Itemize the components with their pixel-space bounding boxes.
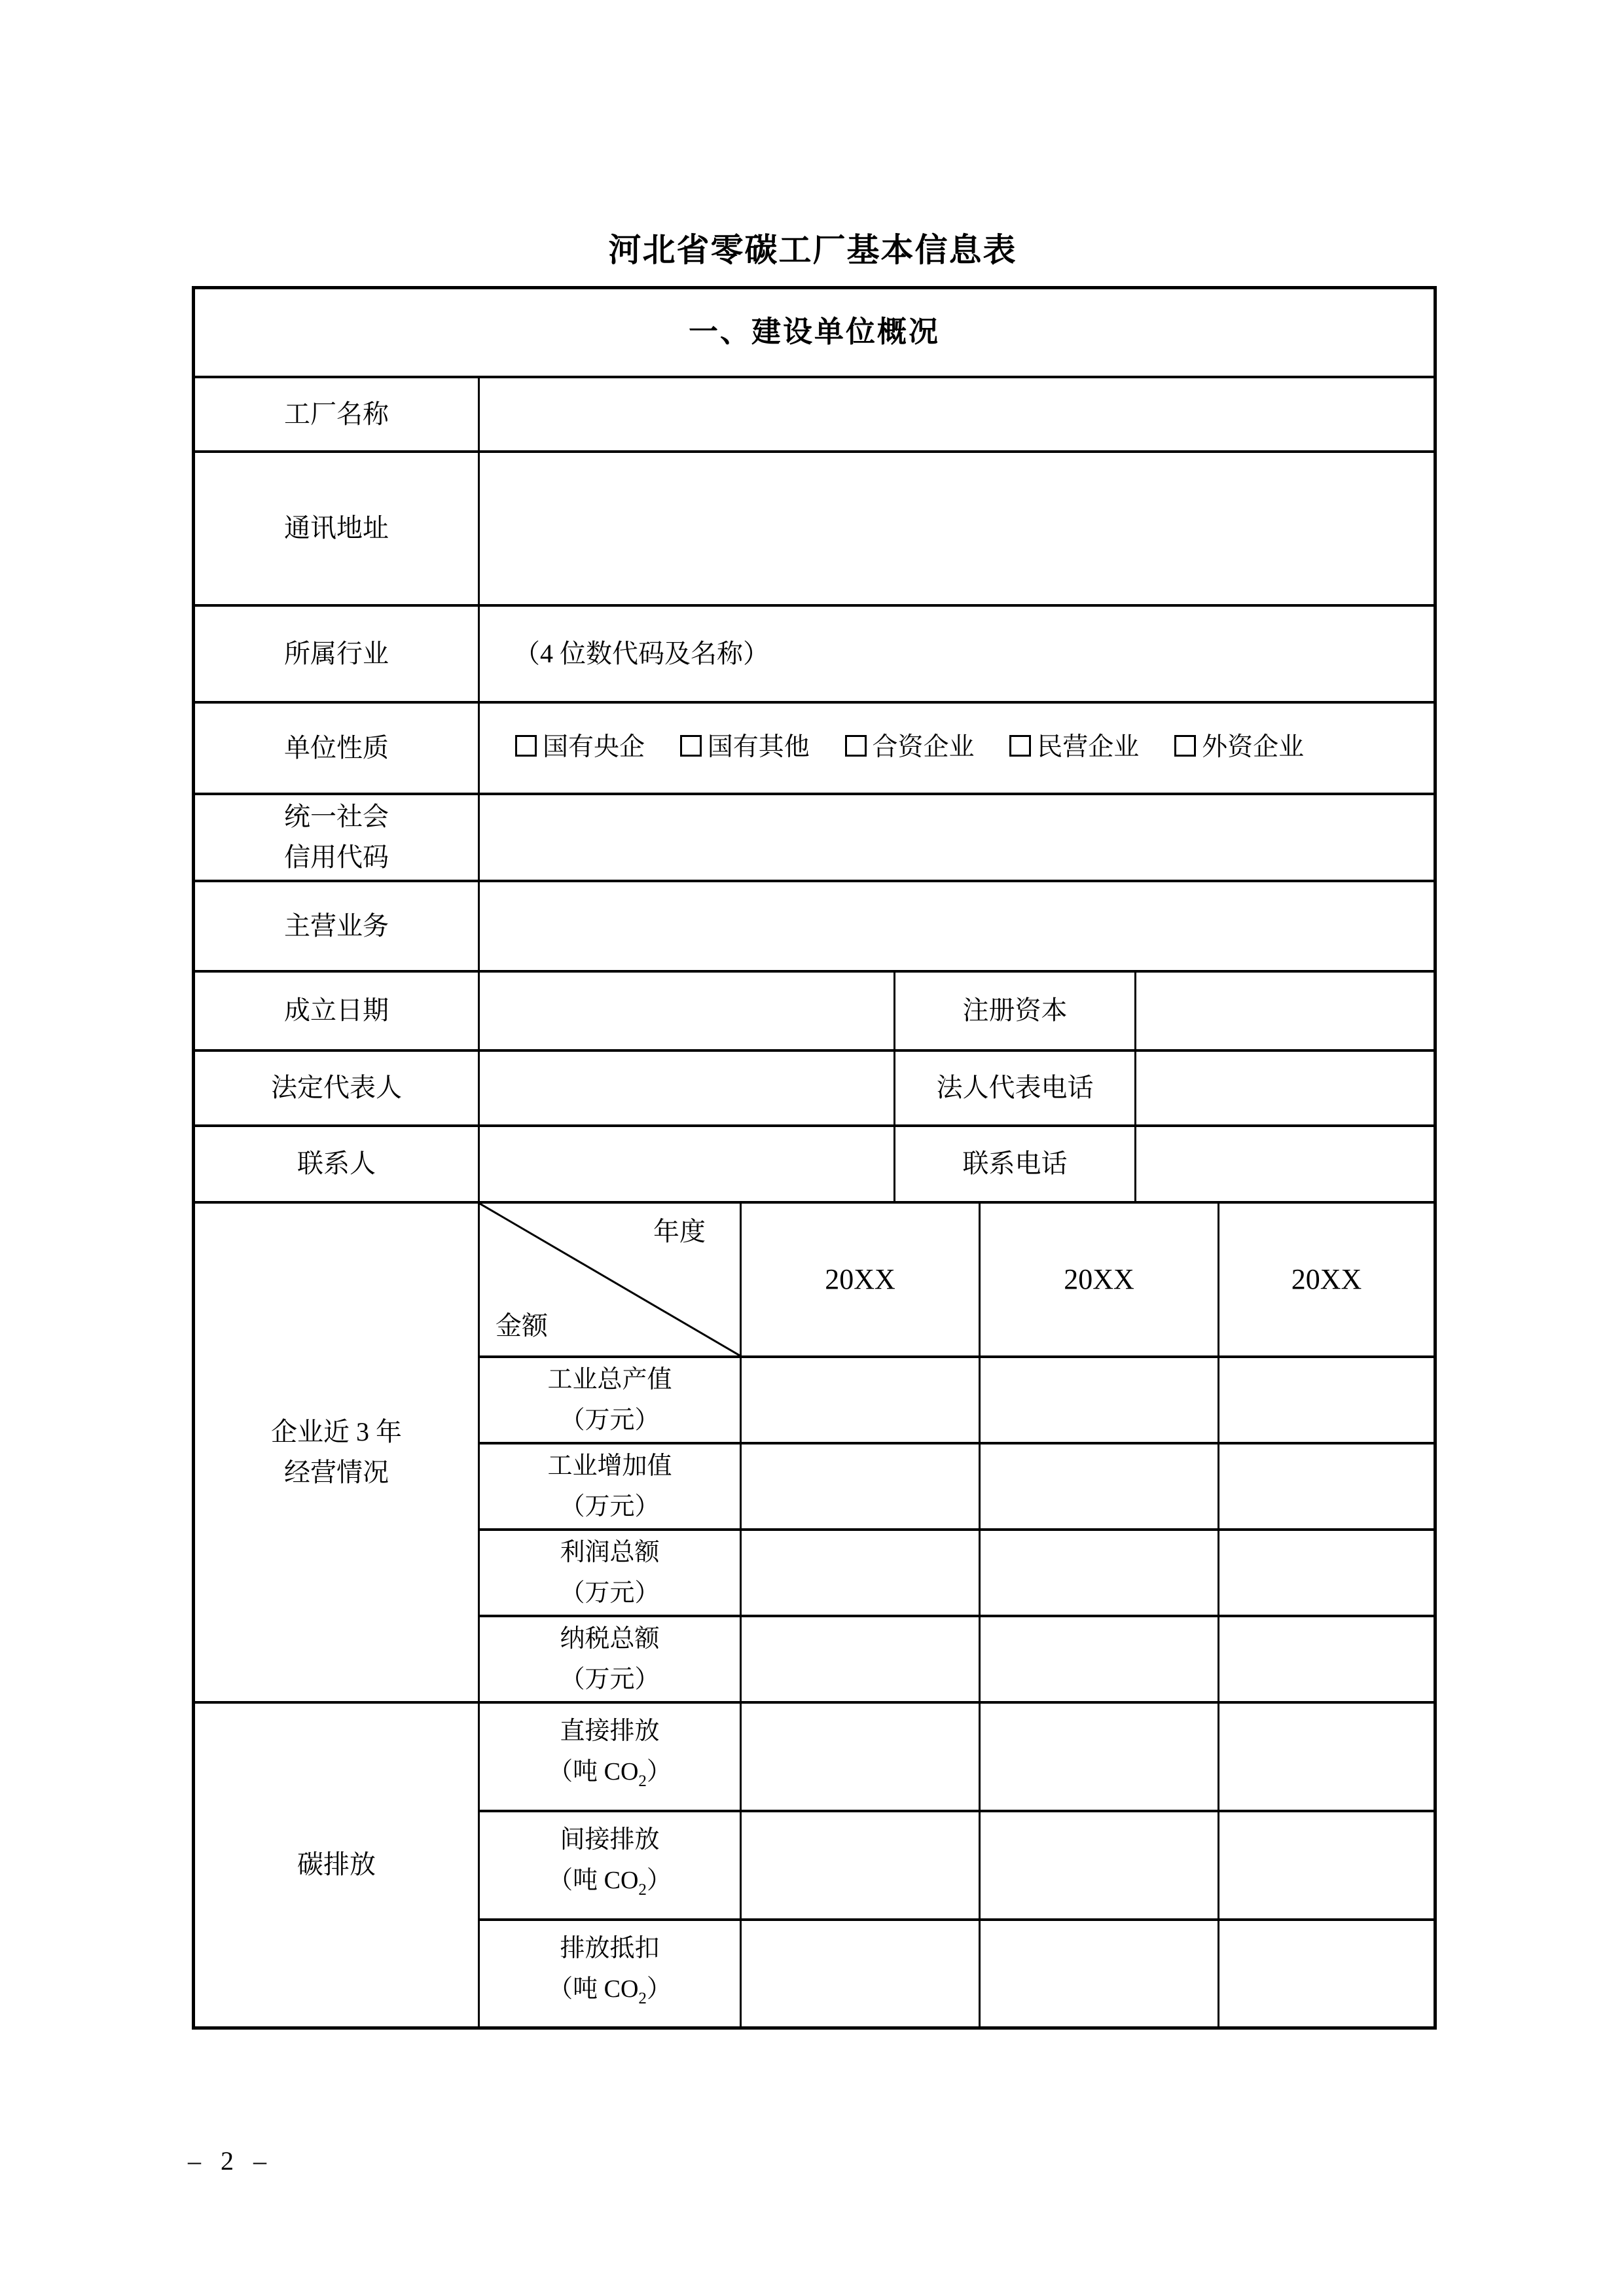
table-row-address: 通讯地址 [194, 452, 1435, 605]
table-row-factory-name: 工厂名称 [194, 377, 1435, 452]
sub-label-line1: 工业增加值 [480, 1446, 740, 1486]
sub-label-line1: 纳税总额 [480, 1619, 740, 1659]
label-total-tax: 纳税总额 （万元） [479, 1616, 741, 1702]
data-cell-added-y2[interactable] [980, 1443, 1219, 1530]
checkbox-option-soe-other[interactable]: 国有其他 [680, 730, 810, 765]
data-cell-offset-y3[interactable] [1219, 1920, 1435, 2028]
sub-label-line2: （万元） [480, 1573, 740, 1613]
basic-info-table: 一、建设单位概况 工厂名称 通讯地址 所属行业 （4 位数代码及名称） 单位性质… [192, 286, 1437, 2030]
unit-nature-options: 国有央企 国有其他 合资企业 民营企业 外资企业 [479, 702, 1435, 794]
data-cell-output-y1[interactable] [741, 1357, 980, 1443]
year-column-header-2: 20XX [980, 1202, 1219, 1357]
data-cell-profit-y1[interactable] [741, 1530, 980, 1616]
label-unit-nature: 单位性质 [194, 702, 479, 794]
year-column-header-3: 20XX [1219, 1202, 1435, 1357]
data-cell-direct-y2[interactable] [980, 1702, 1219, 1811]
value-registered-capital[interactable] [1136, 971, 1435, 1050]
sub-label-line2: （万元） [480, 1400, 740, 1441]
label-credit-code-line2: 信用代码 [195, 837, 478, 878]
data-cell-direct-y1[interactable] [741, 1702, 980, 1811]
value-contact-phone[interactable] [1136, 1126, 1435, 1202]
label-direct-emission: 直接排放 （吨 CO2） [479, 1702, 741, 1811]
data-cell-tax-y1[interactable] [741, 1616, 980, 1702]
value-legal-rep-phone[interactable] [1136, 1050, 1435, 1126]
checkbox-icon[interactable] [1174, 735, 1196, 757]
checkbox-label: 国有其他 [708, 733, 810, 761]
label-main-business: 主营业务 [194, 881, 479, 971]
table-row-main-business: 主营业务 [194, 881, 1435, 971]
sub-label-line2: （万元） [480, 1659, 740, 1700]
diagonal-label-year: 年度 [653, 1214, 706, 1249]
data-cell-tax-y2[interactable] [980, 1616, 1219, 1702]
label-credit-code-line1: 统一社会 [195, 797, 478, 837]
data-cell-added-y1[interactable] [741, 1443, 980, 1530]
label-industrial-added-value: 工业增加值 （万元） [479, 1443, 741, 1530]
table-row-unit-nature: 单位性质 国有央企 国有其他 合资企业 民营企业 外资企业 [194, 702, 1435, 794]
label-legal-rep-phone: 法人代表电话 [895, 1050, 1136, 1126]
table-row-industry: 所属行业 （4 位数代码及名称） [194, 605, 1435, 702]
checkbox-label: 国有央企 [543, 733, 645, 761]
checkbox-option-soe-central[interactable]: 国有央企 [515, 730, 645, 765]
label-business-3years-line1: 企业近 3 年 [195, 1412, 478, 1452]
sub-label-line1: 工业总产值 [480, 1359, 740, 1400]
sub-label-line1: 排放抵扣 [480, 1928, 740, 1969]
value-address[interactable] [479, 452, 1435, 605]
section-header: 一、建设单位概况 [194, 288, 1435, 377]
value-credit-code[interactable] [479, 794, 1435, 881]
value-factory-name[interactable] [479, 377, 1435, 452]
label-business-3years-line2: 经营情况 [195, 1452, 478, 1493]
data-cell-offset-y1[interactable] [741, 1920, 980, 2028]
label-total-profit: 利润总额 （万元） [479, 1530, 741, 1616]
label-factory-name: 工厂名称 [194, 377, 479, 452]
table-row-legal-rep: 法定代表人 法人代表电话 [194, 1050, 1435, 1126]
data-cell-indirect-y1[interactable] [741, 1811, 980, 1920]
sub-label-line2: （万元） [480, 1486, 740, 1527]
sub-label-line1: 间接排放 [480, 1820, 740, 1860]
checkbox-option-joint-venture[interactable]: 合资企业 [845, 730, 975, 765]
label-carbon-emission: 碳排放 [194, 1702, 479, 2028]
data-cell-profit-y2[interactable] [980, 1530, 1219, 1616]
year-column-header-1: 20XX [741, 1202, 980, 1357]
label-business-3years: 企业近 3 年 经营情况 [194, 1202, 479, 1702]
document-page: 河北省零碳工厂基本信息表 一、建设单位概况 工厂名称 通讯地址 所属行业 （4 … [0, 0, 1624, 2296]
data-cell-offset-y2[interactable] [980, 1920, 1219, 2028]
page-title: 河北省零碳工厂基本信息表 [192, 224, 1434, 271]
label-indirect-emission: 间接排放 （吨 CO2） [479, 1811, 741, 1920]
sub-label-line2: （吨 CO2） [480, 1860, 740, 1910]
checkbox-option-foreign[interactable]: 外资企业 [1174, 730, 1304, 765]
data-cell-indirect-y3[interactable] [1219, 1811, 1435, 1920]
checkbox-label: 外资企业 [1202, 733, 1304, 761]
sub-label-line2: （吨 CO2） [480, 1751, 740, 1802]
checkbox-label: 合资企业 [873, 733, 975, 761]
label-credit-code: 统一社会 信用代码 [194, 794, 479, 881]
value-main-business[interactable] [479, 881, 1435, 971]
table-row-direct-emission: 碳排放 直接排放 （吨 CO2） [194, 1702, 1435, 1811]
label-registered-capital: 注册资本 [895, 971, 1136, 1050]
sub-label-line1: 利润总额 [480, 1532, 740, 1573]
diagonal-header-cell: 年度 金额 [479, 1202, 741, 1357]
data-cell-profit-y3[interactable] [1219, 1530, 1435, 1616]
label-industry: 所属行业 [194, 605, 479, 702]
diagonal-label-amount: 金额 [496, 1308, 548, 1344]
label-legal-rep: 法定代表人 [194, 1050, 479, 1126]
checkbox-label: 民营企业 [1037, 733, 1139, 761]
checkbox-icon[interactable] [845, 735, 867, 757]
label-industrial-output: 工业总产值 （万元） [479, 1357, 741, 1443]
table-row-section-header: 一、建设单位概况 [194, 288, 1435, 377]
label-founding-date: 成立日期 [194, 971, 479, 1050]
checkbox-option-private[interactable]: 民营企业 [1009, 730, 1139, 765]
data-cell-added-y3[interactable] [1219, 1443, 1435, 1530]
data-cell-indirect-y2[interactable] [980, 1811, 1219, 1920]
table-row-founding-date: 成立日期 注册资本 [194, 971, 1435, 1050]
page-number: – 2 – [188, 2145, 273, 2176]
checkbox-icon[interactable] [1009, 735, 1031, 757]
data-cell-output-y2[interactable] [980, 1357, 1219, 1443]
label-contact: 联系人 [194, 1126, 479, 1202]
sub-label-line1: 直接排放 [480, 1711, 740, 1751]
value-contact[interactable] [479, 1126, 895, 1202]
checkbox-icon[interactable] [680, 735, 702, 757]
value-industry-hint[interactable]: （4 位数代码及名称） [479, 605, 1435, 702]
label-contact-phone: 联系电话 [895, 1126, 1136, 1202]
label-emission-offset: 排放抵扣 （吨 CO2） [479, 1920, 741, 2028]
checkbox-icon[interactable] [515, 735, 537, 757]
data-cell-direct-y3[interactable] [1219, 1702, 1435, 1811]
data-cell-tax-y3[interactable] [1219, 1616, 1435, 1702]
table-row-contact: 联系人 联系电话 [194, 1126, 1435, 1202]
sub-label-line2: （吨 CO2） [480, 1969, 740, 2019]
table-row-years-header: 企业近 3 年 经营情况 年度 金额 20XX 20XX 20XX [194, 1202, 1435, 1357]
value-legal-rep[interactable] [479, 1050, 895, 1126]
table-row-credit-code: 统一社会 信用代码 [194, 794, 1435, 881]
value-founding-date[interactable] [479, 971, 895, 1050]
data-cell-output-y3[interactable] [1219, 1357, 1435, 1443]
label-address: 通讯地址 [194, 452, 479, 605]
